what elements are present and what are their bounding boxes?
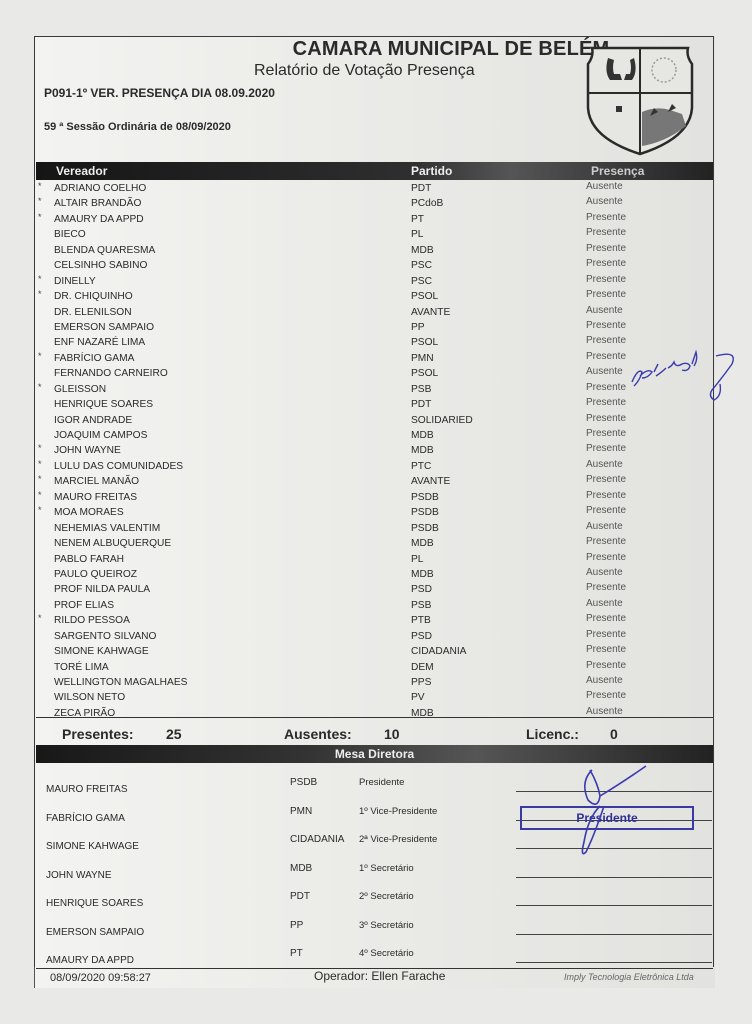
vereador-name: JOAQUIM CAMPOS	[54, 430, 147, 441]
vereador-name: MARCIEL MANÃO	[54, 476, 139, 487]
party: PDT	[411, 183, 431, 194]
vereador-name: ADRIANO COELHO	[54, 183, 146, 194]
presence-status: Presente	[586, 490, 626, 501]
presence-status: Presente	[586, 289, 626, 300]
presence-status: Presente	[586, 258, 626, 269]
party: PSB	[411, 384, 431, 395]
vereador-name: LULU DAS COMUNIDADES	[54, 461, 183, 472]
member-party: PT	[290, 948, 303, 959]
vereador-name: PABLO FARAH	[54, 554, 124, 565]
column-presenca: Presença	[591, 164, 644, 178]
party: PSDB	[411, 507, 439, 518]
member-name: SIMONE KAHWAGE	[46, 841, 139, 852]
member-name: FABRÍCIO GAMA	[46, 813, 125, 824]
vereador-name: PROF ELIAS	[54, 600, 114, 611]
presence-status: Ausente	[586, 706, 623, 717]
table-row: *MOA MORAESPSDBPresente	[36, 505, 713, 520]
table-row: EMERSON SAMPAIOPPPresente	[36, 320, 713, 335]
vereador-name: PAULO QUEIROZ	[54, 569, 137, 580]
table-row: *MARCIEL MANÃOAVANTEPresente	[36, 474, 713, 489]
vereador-name: SIMONE KAHWAGE	[54, 646, 149, 657]
vereador-name: DR. ELENILSON	[54, 307, 132, 318]
party: PSDB	[411, 492, 439, 503]
party: PSOL	[411, 368, 438, 379]
table-row: HENRIQUE SOARESPDTPresente	[36, 397, 713, 412]
member-role: 1º Secretário	[359, 863, 414, 874]
party: MDB	[411, 538, 434, 549]
presence-status: Presente	[586, 613, 626, 624]
member-role: 2ª Vice-Presidente	[359, 834, 437, 845]
row-marker: *	[38, 274, 42, 284]
member-role: 4º Secretário	[359, 948, 414, 959]
presence-status: Ausente	[586, 598, 623, 609]
mesa-diretora-list: MAURO FREITASPSDBPresidenteFABRÍCIO GAMA…	[36, 770, 713, 970]
table-row: SARGENTO SILVANOPSDPresente	[36, 629, 713, 644]
row-marker: *	[38, 289, 42, 299]
table-row: *RILDO PESSOAPTBPresente	[36, 613, 713, 628]
table-row: TORÉ LIMADEMPresente	[36, 660, 713, 675]
member-name: HENRIQUE SOARES	[46, 898, 143, 909]
table-row: PAULO QUEIROZMDBAusente	[36, 567, 713, 582]
presence-status: Presente	[586, 274, 626, 285]
row-marker: *	[38, 613, 42, 623]
vereador-name: NENEM ALBUQUERQUE	[54, 538, 171, 549]
column-vereador: Vereador	[56, 164, 107, 178]
table-row: BLENDA QUARESMAMDBPresente	[36, 243, 713, 258]
presence-status: Ausente	[586, 366, 623, 377]
vereador-name: DINELLY	[54, 276, 96, 287]
table-row: *FABRÍCIO GAMAPMNPresente	[36, 351, 713, 366]
table-row: *AMAURY DA APPDPTPresente	[36, 212, 713, 227]
vereador-name: MAURO FREITAS	[54, 492, 137, 503]
party: PSD	[411, 584, 432, 595]
presence-status: Presente	[586, 428, 626, 439]
row-marker: *	[38, 443, 42, 453]
member-role: Presidente	[359, 777, 404, 788]
row-marker: *	[38, 181, 42, 191]
table-row: JOAQUIM CAMPOSMDBPresente	[36, 428, 713, 443]
vereador-name: FERNANDO CARNEIRO	[54, 368, 168, 379]
party: PV	[411, 692, 425, 703]
party: PT	[411, 214, 424, 225]
vereador-name: EMERSON SAMPAIO	[54, 322, 154, 333]
mesa-diretora-header: Mesa Diretora	[36, 745, 713, 763]
row-marker: *	[38, 459, 42, 469]
presence-status: Presente	[586, 320, 626, 331]
party: PSC	[411, 260, 432, 271]
signature-line	[516, 962, 712, 963]
member-role: 2º Secretário	[359, 891, 414, 902]
table-row: *LULU DAS COMUNIDADESPTCAusente	[36, 459, 713, 474]
presence-status: Presente	[586, 536, 626, 547]
party: PSOL	[411, 337, 438, 348]
vereador-name: PROF NILDA PAULA	[54, 584, 150, 595]
mesa-member-row: AMAURY DA APPDPT4º Secretário	[36, 941, 713, 970]
mesa-member-row: JOHN WAYNEMDB1º Secretário	[36, 856, 713, 885]
vereador-name: DR. CHIQUINHO	[54, 291, 133, 302]
presence-status: Presente	[586, 335, 626, 346]
member-name: AMAURY DA APPD	[46, 955, 134, 966]
party: AVANTE	[411, 476, 450, 487]
presence-status: Presente	[586, 382, 626, 393]
vereador-name: WELLINGTON MAGALHAES	[54, 677, 187, 688]
presence-status: Presente	[586, 413, 626, 424]
presence-status: Presente	[586, 212, 626, 223]
table-header: Vereador Partido Presença	[36, 162, 713, 180]
vereador-name: ALTAIR BRANDÃO	[54, 198, 141, 209]
member-party: PDT	[290, 891, 310, 902]
party: PP	[411, 322, 425, 333]
present-count: 25	[166, 726, 182, 742]
mesa-member-row: SIMONE KAHWAGECIDADANIA2ª Vice-President…	[36, 827, 713, 856]
leave-count: 0	[610, 726, 618, 742]
vereador-name: SARGENTO SILVANO	[54, 631, 156, 642]
presence-status: Presente	[586, 505, 626, 516]
document-subtitle: Relatório de Votação Presença	[254, 62, 475, 80]
row-marker: *	[38, 474, 42, 484]
presence-status: Presente	[586, 690, 626, 701]
presence-status: Ausente	[586, 181, 623, 192]
member-name: MAURO FREITAS	[46, 784, 127, 795]
vereador-name: JOHN WAYNE	[54, 445, 121, 456]
presence-status: Ausente	[586, 459, 623, 470]
table-row: PABLO FARAHPLPresente	[36, 552, 713, 567]
table-row: *JOHN WAYNEMDBPresente	[36, 443, 713, 458]
party: PTB	[411, 615, 431, 626]
member-party: PP	[290, 920, 303, 931]
party: MDB	[411, 569, 434, 580]
vereador-name: AMAURY DA APPD	[54, 214, 144, 225]
party: PDT	[411, 399, 431, 410]
table-row: *DR. CHIQUINHOPSOLPresente	[36, 289, 713, 304]
member-party: PSDB	[290, 777, 317, 788]
table-row: CELSINHO SABINOPSCPresente	[36, 258, 713, 273]
party: MDB	[411, 245, 434, 256]
mesa-member-row: EMERSON SAMPAIOPP3º Secretário	[36, 913, 713, 942]
row-marker: *	[38, 490, 42, 500]
member-name: EMERSON SAMPAIO	[46, 927, 144, 938]
row-marker: *	[38, 382, 42, 392]
title-text: CAMARA MUNICIPAL DE BELÉM	[293, 38, 610, 61]
party: PSB	[411, 600, 431, 611]
party: PPS	[411, 677, 431, 688]
row-marker: *	[38, 212, 42, 222]
row-marker: *	[38, 505, 42, 515]
totals-bar: Presentes: 25 Ausentes: 10 Licenc.: 0	[36, 717, 713, 746]
presence-status: Ausente	[586, 521, 623, 532]
vereador-name: TORÉ LIMA	[54, 662, 109, 673]
presence-status: Presente	[586, 582, 626, 593]
row-marker: *	[38, 351, 42, 361]
coat-of-arms-icon	[586, 38, 694, 156]
party: MDB	[411, 430, 434, 441]
vereador-name: BIECO	[54, 229, 86, 240]
session-label: 59 ª Sessão Ordinária de 08/09/2020	[44, 121, 231, 133]
table-row: DR. ELENILSONAVANTEAusente	[36, 305, 713, 320]
presence-status: Presente	[586, 644, 626, 655]
table-row: NEHEMIAS VALENTIMPSDBAusente	[36, 521, 713, 536]
signature-line	[516, 905, 712, 906]
member-party: CIDADANIA	[290, 834, 344, 845]
operator-label: Operador: Ellen Farache	[314, 969, 445, 983]
table-row: *ADRIANO COELHOPDTAusente	[36, 181, 713, 196]
report-code: P091-1º VER. PRESENÇA DIA 08.09.2020	[44, 86, 275, 100]
vereador-name: WILSON NETO	[54, 692, 125, 703]
absent-label: Ausentes:	[284, 726, 352, 742]
table-row: *ALTAIR BRANDÃOPCdoBAusente	[36, 196, 713, 211]
signature-line	[516, 934, 712, 935]
presence-status: Presente	[586, 552, 626, 563]
party: PTC	[411, 461, 431, 472]
party: PCdoB	[411, 198, 443, 209]
table-row: PROF ELIASPSBAusente	[36, 598, 713, 613]
vereador-name: IGOR ANDRADE	[54, 415, 132, 426]
table-row: FERNANDO CARNEIROPSOLAusente	[36, 366, 713, 381]
vereador-name: RILDO PESSOA	[54, 615, 130, 626]
table-row: *GLEISSONPSBPresente	[36, 382, 713, 397]
leave-label: Licenc.:	[526, 726, 579, 742]
table-row: *DINELLYPSCPresente	[36, 274, 713, 289]
party: PSD	[411, 631, 432, 642]
vereador-name: MOA MORAES	[54, 507, 124, 518]
table-row: IGOR ANDRADESOLIDARIEDPresente	[36, 413, 713, 428]
party: PL	[411, 229, 423, 240]
print-timestamp: 08/09/2020 09:58:27	[50, 972, 151, 984]
vereador-name: FABRÍCIO GAMA	[54, 353, 134, 364]
presence-status: Ausente	[586, 567, 623, 578]
present-label: Presentes:	[62, 726, 134, 742]
absent-count: 10	[384, 726, 400, 742]
party: PSC	[411, 276, 432, 287]
table-row: ENF NAZARÉ LIMAPSOLPresente	[36, 335, 713, 350]
vereador-name: NEHEMIAS VALENTIM	[54, 523, 160, 534]
presence-status: Presente	[586, 351, 626, 362]
member-role: 3º Secretário	[359, 920, 414, 931]
table-row: PROF NILDA PAULAPSDPresente	[36, 582, 713, 597]
presence-status: Ausente	[586, 305, 623, 316]
member-party: MDB	[290, 863, 312, 874]
party: AVANTE	[411, 307, 450, 318]
party: DEM	[411, 662, 434, 673]
party: CIDADANIA	[411, 646, 466, 657]
table-row: BIECOPLPresente	[36, 227, 713, 242]
vereador-name: GLEISSON	[54, 384, 106, 395]
column-partido: Partido	[411, 164, 452, 178]
presence-status: Presente	[586, 227, 626, 238]
mesa-member-row: MAURO FREITASPSDBPresidente	[36, 770, 713, 799]
presence-status: Presente	[586, 243, 626, 254]
presence-status: Presente	[586, 474, 626, 485]
party: SOLIDARIED	[411, 415, 473, 426]
attendance-table: *ADRIANO COELHOPDTAusente*ALTAIR BRANDÃO…	[36, 181, 713, 721]
vereador-name: HENRIQUE SOARES	[54, 399, 153, 410]
presence-status: Presente	[586, 443, 626, 454]
vereador-name: CELSINHO SABINO	[54, 260, 147, 271]
presence-status: Ausente	[586, 196, 623, 207]
member-role: 1º Vice-Presidente	[359, 806, 437, 817]
presence-status: Ausente	[586, 675, 623, 686]
table-row: NENEM ALBUQUERQUEMDBPresente	[36, 536, 713, 551]
table-row: *MAURO FREITASPSDBPresente	[36, 490, 713, 505]
member-party: PMN	[290, 806, 312, 817]
table-row: WELLINGTON MAGALHAESPPSAusente	[36, 675, 713, 690]
presidente-stamp: Presidente	[520, 806, 694, 830]
presence-status: Presente	[586, 397, 626, 408]
presence-status: Presente	[586, 660, 626, 671]
presence-status: Presente	[586, 629, 626, 640]
party: MDB	[411, 445, 434, 456]
signature-line	[516, 848, 712, 849]
vereador-name: BLENDA QUARESMA	[54, 245, 155, 256]
signature-line	[516, 791, 712, 792]
vereador-name: ENF NAZARÉ LIMA	[54, 337, 145, 348]
company-label: Imply Tecnologia Eletrônica Ltda	[564, 972, 694, 982]
mesa-member-row: HENRIQUE SOARESPDT2º Secretário	[36, 884, 713, 913]
table-row: SIMONE KAHWAGECIDADANIAPresente	[36, 644, 713, 659]
signature-line	[516, 877, 712, 878]
party: PSOL	[411, 291, 438, 302]
table-row: WILSON NETOPVPresente	[36, 690, 713, 705]
row-marker: *	[38, 196, 42, 206]
party: PL	[411, 554, 423, 565]
member-name: JOHN WAYNE	[46, 870, 112, 881]
party: PSDB	[411, 523, 439, 534]
party: PMN	[411, 353, 434, 364]
